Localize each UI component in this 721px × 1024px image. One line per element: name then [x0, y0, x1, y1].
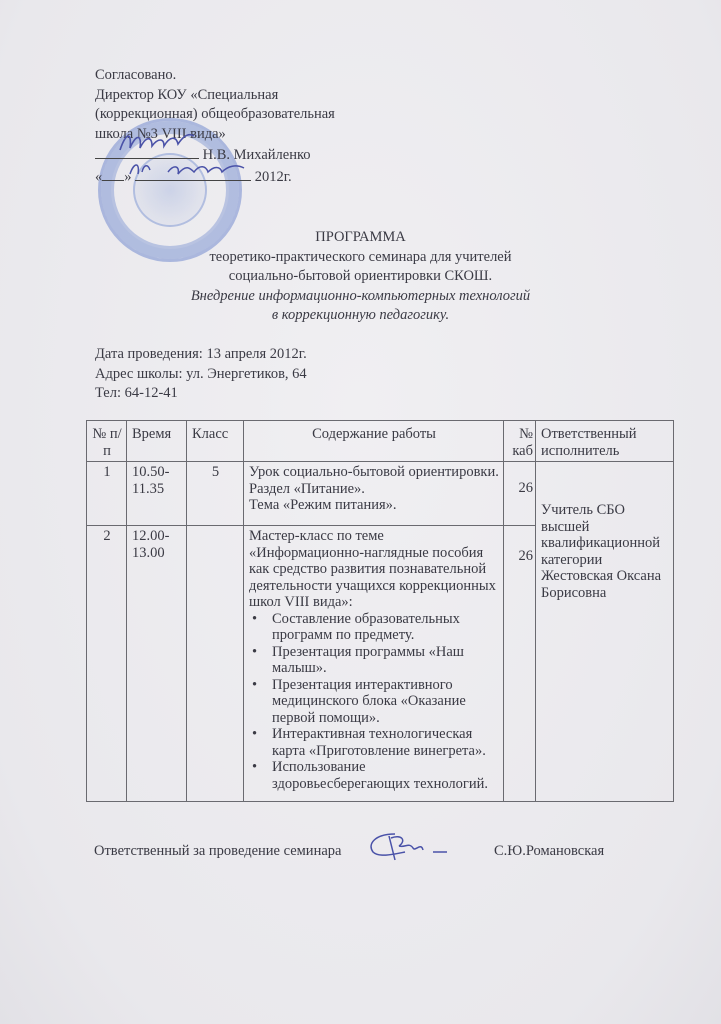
title-italic-line: Внедрение информационно-компьютерных тех… [0, 287, 721, 307]
seminar-date: Дата проведения: 13 апреля 2012г. [95, 345, 307, 365]
school-phone: Тел: 64-12-41 [95, 384, 307, 404]
title-heading: ПРОГРАММА [0, 228, 721, 248]
list-item: Презентация программы «Наш малыш». [272, 644, 499, 677]
list-item: Интерактивная технологическая карта «При… [272, 726, 499, 759]
approval-line: Согласовано. [95, 66, 335, 86]
title-italic-line: в коррекционную педагогику. [0, 306, 721, 326]
title-line: теоретико-практического семинара для учи… [0, 248, 721, 268]
school-address: Адрес школы: ул. Энергетиков, 64 [95, 365, 307, 385]
director-name: Н.В. Михайленко [203, 147, 311, 163]
approval-date-line: «» 2012г. [95, 166, 335, 188]
program-title: ПРОГРАММА теоретико-практического семина… [0, 228, 721, 326]
responsible-cell: Учитель СБО высшей квалификационной кате… [536, 462, 674, 802]
row-room: 26 [504, 526, 536, 802]
row-content: Мастер-класс по теме «Информационно-нагл… [244, 526, 504, 802]
row-num: 2 [87, 526, 127, 802]
row-class [187, 526, 244, 802]
row-time: 10.50-11.35 [127, 462, 187, 526]
signature-blank [95, 144, 199, 159]
program-table: № п/п Время Класс Содержание работы № ка… [86, 420, 674, 802]
header-class: Класс [187, 421, 244, 462]
title-line: социально-бытовой ориентировки СКОШ. [0, 267, 721, 287]
date-quote-open: « [95, 169, 102, 185]
header-content: Содержание работы [244, 421, 504, 462]
approval-line: Директор КОУ «Специальная [95, 86, 335, 106]
list-item: Презентация интерактивного медицинского … [272, 677, 499, 727]
header-room: № каб [504, 421, 536, 462]
table-header-row: № п/п Время Класс Содержание работы № ка… [87, 421, 674, 462]
list-item: Использование здоровьесберегающих технол… [272, 759, 499, 792]
approval-line: школа №3 VIII вида» [95, 125, 335, 145]
month-blank [135, 166, 251, 181]
director-signature-line: Н.В. Михайленко [95, 144, 335, 166]
table-row: 1 10.50-11.35 5 Урок социально-бытовой о… [87, 462, 674, 526]
document-page: Согласовано. Директор КОУ «Специальная (… [0, 0, 721, 1024]
responsible-name: С.Ю.Романовская [494, 843, 604, 860]
row-class: 5 [187, 462, 244, 526]
header-num: № п/п [87, 421, 127, 462]
header-time: Время [127, 421, 187, 462]
row-room: 26 [504, 462, 536, 526]
footer-label: Ответственный за проведение семинара [94, 843, 341, 860]
activity-list: Составление образовательных программ по … [249, 611, 499, 793]
header-responsible: Ответственный исполнитель [536, 421, 674, 462]
row-content: Урок социально-бытовой ориентировки. Раз… [244, 462, 504, 526]
approval-block: Согласовано. Директор КОУ «Специальная (… [95, 66, 335, 187]
day-blank [102, 166, 124, 181]
row-num: 1 [87, 462, 127, 526]
row-time: 12.00-13.00 [127, 526, 187, 802]
list-item: Составление образовательных программ по … [272, 611, 499, 644]
date-year: 2012г. [255, 169, 292, 185]
responsible-signature-icon [365, 830, 465, 864]
date-quote-close: » [124, 169, 131, 185]
seminar-info: Дата проведения: 13 апреля 2012г. Адрес … [95, 345, 307, 404]
approval-line: (коррекционная) общеобразовательная [95, 105, 335, 125]
